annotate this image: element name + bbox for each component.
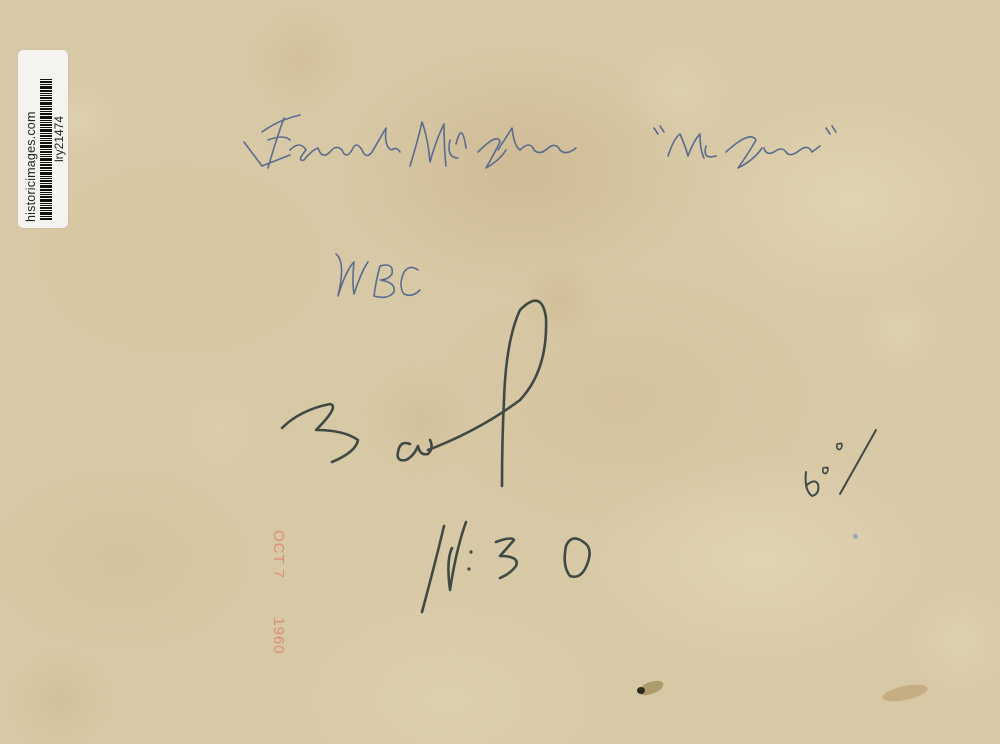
date-stamp: OCT 7 1960: [267, 530, 287, 670]
handwriting-name-line: [244, 115, 836, 168]
handwriting-time: [422, 522, 590, 612]
handwriting-3col: [282, 301, 546, 486]
date-stamp-day: OCT 7: [270, 530, 287, 579]
handwriting-percent: [806, 430, 876, 496]
handwriting-layer: [0, 0, 1000, 744]
handwriting-nbc: [336, 254, 420, 297]
date-stamp-year: 1960: [270, 617, 287, 654]
